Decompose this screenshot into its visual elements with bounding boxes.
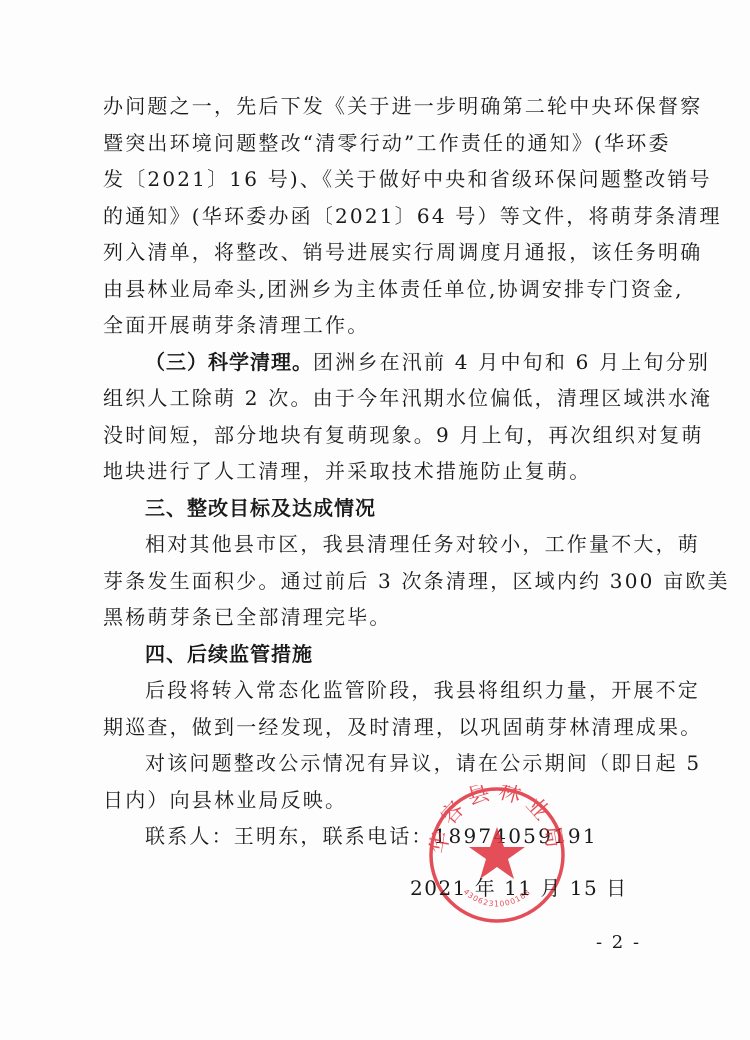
document-date: 2021 年 11 月 15 日 [410,872,628,901]
text-line: 没时间短，部分地块有复萌现象。9 月上旬，再次组织对复萌 [103,417,655,454]
text-line: 地块进行了人工清理，并采取技术措施防止复萌。 [103,453,655,490]
text-line: 对该问题整改公示情况有异议，请在公示期间（即日起 5 [103,745,655,782]
official-seal-icon: 华容县林业局 4306231000188 [427,785,567,925]
text-line: 相对其他县市区，我县清理任务对较小，工作量不大，萌 [103,526,655,563]
section-three-lead: （三）科学清理。 [145,350,313,374]
text-line: 全面开展萌芽条清理工作。 [103,307,655,344]
text-line: 组织人工除萌 2 次。由于今年汛期水位偏低，清理区域洪水淹 [103,380,655,417]
text-line: 团洲乡在汛前 4 月中旬和 6 月上旬分别 [313,350,710,374]
text-line: 日内）向县林业局反映。 [103,782,655,819]
text-line: 后段将转入常态化监管阶段，我县将组织力量，开展不定 [103,672,655,709]
text-line: 期巡查，做到一经发现，及时清理，以巩固萌芽林清理成果。 [103,709,655,746]
section-three-paragraph: （三）科学清理。团洲乡在汛前 4 月中旬和 6 月上旬分别 [103,344,655,381]
text-line: 黑杨萌芽条已全部清理完毕。 [103,599,655,636]
text-line: 发〔2021〕16 号)、《关于做好中央和省级环保问题整改销号 [103,161,655,198]
contact-line: 联系人：王明东，联系电话：18974059191 [103,818,655,855]
heading-followup: 四、后续监管措施 [103,636,655,673]
text-line: 由县林业局牵头,团洲乡为主体责任单位,协调安排专门资金, [103,271,655,308]
text-line: 列入清单，将整改、销号进展实行周调度月通报，该任务明确 [103,234,655,271]
page-number: - 2 - [596,932,641,953]
document-body: 办问题之一，先后下发《关于进一步明确第二轮中央环保督察 暨突出环境问题整改“清零… [103,88,655,855]
text-line: 的通知》(华环委办函〔2021〕64 号）等文件，将萌芽条清理 [103,198,655,235]
text-line: 办问题之一，先后下发《关于进一步明确第二轮中央环保督察 [103,88,655,125]
text-line: 暨突出环境问题整改“清零行动”工作责任的通知》(华环委 [103,125,655,162]
heading-targets: 三、整改目标及达成情况 [103,490,655,527]
document-page: 办问题之一，先后下发《关于进一步明确第二轮中央环保督察 暨突出环境问题整改“清零… [0,0,750,1040]
text-line: 芽条发生面积少。通过前后 3 次条清理，区域内约 300 亩欧美 [103,563,655,600]
